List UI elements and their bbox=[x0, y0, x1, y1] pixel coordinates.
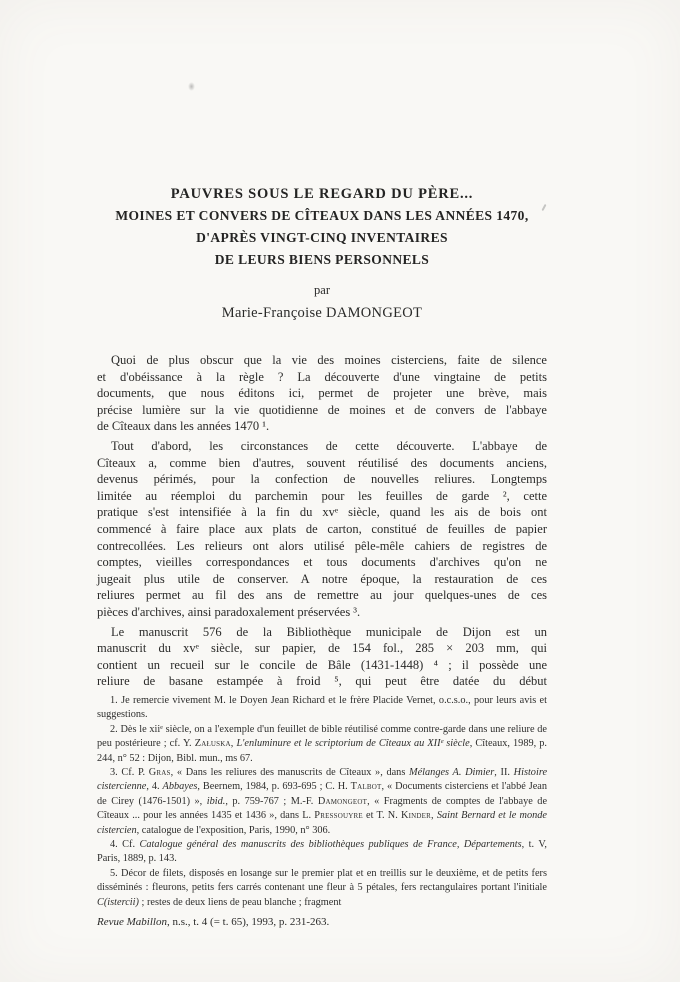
text-run: 4. Cf. bbox=[110, 839, 139, 850]
text-line: documents, que nous éditons ici, permet … bbox=[97, 385, 547, 402]
text-line: reliures permet au fil des ans de remett… bbox=[97, 587, 547, 604]
text-line: contient un recueil sur le concile de Bâ… bbox=[97, 657, 547, 674]
text-line: de Cîteaux dans les années 1470 ¹. bbox=[97, 418, 547, 435]
footnote-5: 5. Décor de filets, disposés en losange … bbox=[97, 867, 547, 910]
byline-par: par bbox=[97, 283, 547, 298]
text-line: commencé à faire place aux plats de cart… bbox=[97, 521, 547, 538]
italic-text: Mélanges A. Dimier bbox=[409, 767, 494, 778]
text-run: ; restes de deux liens de peau blanche ;… bbox=[139, 897, 341, 908]
body-paragraph-2: Tout d'abord, les circonstances de cette… bbox=[97, 438, 547, 621]
text-line: pratique s'est intensifiée à la fin du x… bbox=[97, 504, 547, 521]
smallcaps-name: Talbot bbox=[351, 781, 382, 792]
text-run: , Beernem, 1984, p. 693-695 ; C. H. bbox=[197, 781, 350, 792]
text-line: pièces d'archives, ainsi paradoxalement … bbox=[97, 604, 547, 621]
text-line: Cîteaux a, comme bien d'autres, souvent … bbox=[97, 455, 547, 472]
smallcaps-name: Kinder bbox=[401, 810, 431, 821]
text-run: et T. N. bbox=[363, 810, 401, 821]
footnote-2: 2. Dès le xiiᵉ siècle, on a l'exemple d'… bbox=[97, 723, 547, 766]
text-run: 5. Décor de filets, disposés en losange … bbox=[97, 868, 547, 893]
text-line: comptes, vieilles correspondances et tou… bbox=[97, 554, 547, 571]
text-line: limitée au réemploi du parchemin pour le… bbox=[97, 488, 547, 505]
smallcaps-name: Pressouyre bbox=[314, 810, 363, 821]
italic-text: Revue Mabillon bbox=[97, 916, 167, 928]
article-body: Quoi de plus obscur que la vie des moine… bbox=[97, 352, 547, 690]
article-title-line-1: PAUVRES SOUS LE REGARD DU PÈRE... bbox=[97, 183, 547, 205]
text-line: précise lumière sur la vie quotidienne d… bbox=[97, 402, 547, 419]
text-run: 1. Je remercie vivement M. le Doyen Jean… bbox=[97, 695, 547, 720]
footnote-1: 1. Je remercie vivement M. le Doyen Jean… bbox=[97, 694, 547, 723]
text-run: , p. 759-767 ; M.-F. bbox=[225, 796, 318, 807]
text-column: PAUVRES SOUS LE REGARD DU PÈRE... MOINES… bbox=[97, 0, 547, 930]
text-run: , 4. bbox=[146, 781, 162, 792]
footnote-4: 4. Cf. Catalogue général des manuscrits … bbox=[97, 838, 547, 867]
footnote-3: 3. Cf. P. Gras, « Dans les reliures des … bbox=[97, 766, 547, 838]
text-line: Quoi de plus obscur que la vie des moine… bbox=[97, 352, 547, 369]
smallcaps-name: Gras bbox=[149, 767, 171, 778]
body-paragraph-3: Le manuscrit 576 de la Bibliothèque muni… bbox=[97, 624, 547, 690]
article-title-line-3: D'APRÈS VINGT-CINQ INVENTAIRES bbox=[97, 227, 547, 249]
text-line: et d'obéissance à la règle ? La découver… bbox=[97, 369, 547, 386]
text-line: reliure de basane estampée à froid ⁵, qu… bbox=[97, 673, 547, 690]
italic-text: Abbayes bbox=[163, 781, 198, 792]
author-name: Marie-Françoise DAMONGEOT bbox=[97, 304, 547, 322]
text-run: 3. Cf. P. bbox=[110, 767, 149, 778]
text-line: jugeait plus utile de conserver. A notre… bbox=[97, 571, 547, 588]
text-line: contrecollées. Les relieurs ont alors ut… bbox=[97, 538, 547, 555]
italic-text: Catalogue général des manuscrits des bib… bbox=[139, 839, 521, 850]
journal-page-scan: PAUVRES SOUS LE REGARD DU PÈRE... MOINES… bbox=[0, 0, 680, 982]
body-paragraph-1: Quoi de plus obscur que la vie des moine… bbox=[97, 352, 547, 435]
text-line: devenus périmés, pour la confection de n… bbox=[97, 471, 547, 488]
italic-text: C(istercii) bbox=[97, 897, 139, 908]
article-title-line-2: MOINES ET CONVERS DE CÎTEAUX DANS LES AN… bbox=[97, 205, 547, 227]
text-run: , catalogue de l'exposition, Paris, 1990… bbox=[137, 825, 331, 836]
text-run: , « Dans les reliures des manuscrits de … bbox=[171, 767, 409, 778]
italic-text: ibid. bbox=[207, 796, 226, 807]
footnotes-section: 1. Je remercie vivement M. le Doyen Jean… bbox=[97, 694, 547, 910]
text-line: manuscrit du xvᵉ siècle, sur papier, de … bbox=[97, 640, 547, 657]
smallcaps-name: Załuska bbox=[195, 738, 231, 749]
smallcaps-name: Damongeot bbox=[318, 796, 367, 807]
text-line: Tout d'abord, les circonstances de cette… bbox=[97, 438, 547, 455]
journal-citation: Revue Mabillon, n.s., t. 4 (= t. 65), 19… bbox=[97, 915, 547, 930]
text-run: , n.s., t. 4 (= t. 65), 1993, p. 231-263… bbox=[167, 916, 329, 928]
article-title-line-4: DE LEURS BIENS PERSONNELS bbox=[97, 249, 547, 271]
text-run: , II. bbox=[494, 767, 513, 778]
italic-text: L'enluminure et le scriptorium de Cîteau… bbox=[236, 738, 469, 749]
text-line: Le manuscrit 576 de la Bibliothèque muni… bbox=[97, 624, 547, 641]
